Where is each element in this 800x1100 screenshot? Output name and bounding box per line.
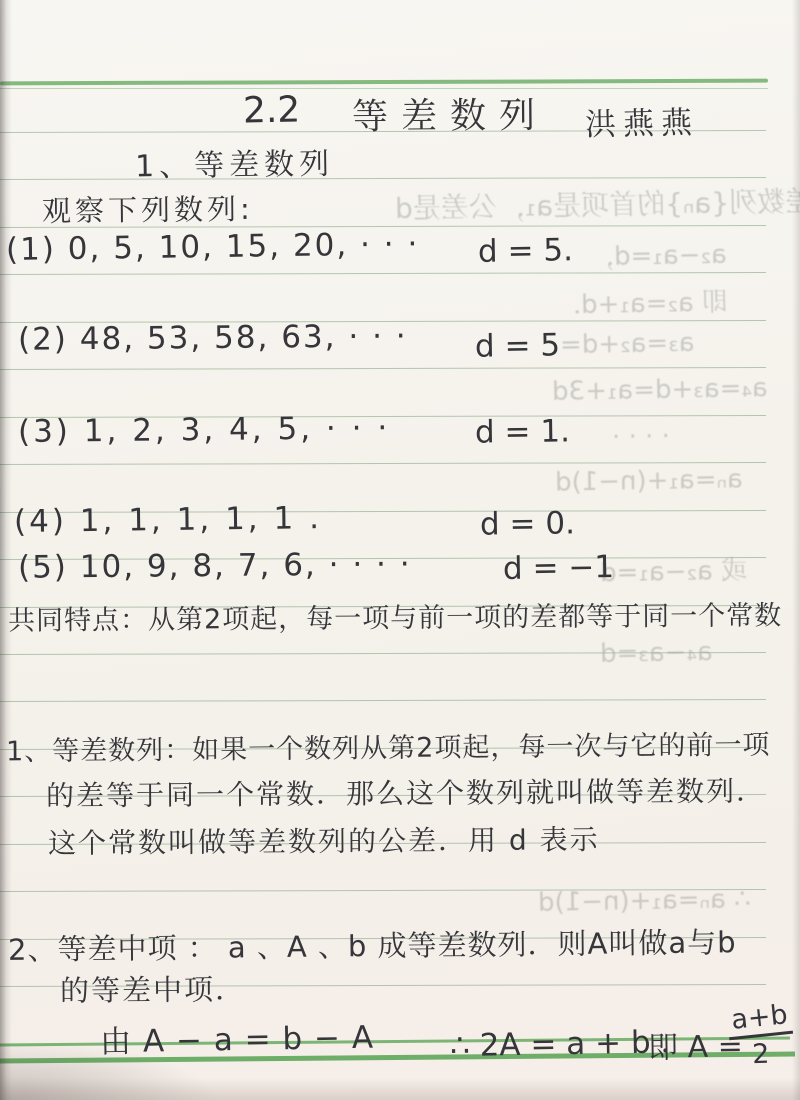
sequence-row-4: (4) 1, 1, 1, 1, 1 . [14,500,322,540]
sequence-d-value-3: d = 1. [475,413,570,450]
sequence-label: (4) [14,503,67,540]
title-number: 2.2 [243,90,301,132]
ghost-text: a₄=a₃+d=a₁+3d [552,373,768,407]
sequence-label: (2) [18,321,68,357]
section-2-line-1: 2、等差中项 ： a 、A 、b 成等差数列．则A叫做a与b [8,920,737,969]
mean-fraction: a+b 2 [727,1001,794,1071]
sequence-d-value-2: d = 5 [475,327,561,364]
sequence-terms: 10, 9, 8, 7, 6, · · · · [80,546,412,585]
fraction-denominator: 2 [728,1036,793,1071]
observe-label: 观察下列数列: [42,187,254,230]
ghost-text: aₙ=a₁+(n−1)d [555,464,743,497]
sequence-d-value-1: d = 5. [478,232,574,270]
ghost-text: a₄−a₃=d [600,637,713,669]
sequence-row-3: (3) 1, 2, 3, 4, 5, · · · [18,410,391,450]
ghost-text: ∴ aₙ=a₁+(n−1)d [538,884,751,918]
definition-line-1: 1、等差数列：如果一个数列从第2项起，每一次与它的前一项 [6,723,771,769]
photo-bottom-edge-shadow [0,1078,800,1100]
sequence-terms: 0, 5, 10, 15, 20, · · · [68,226,420,267]
sequence-label: (3) [18,413,71,450]
page-title: 等差数列 [352,87,548,140]
ruled-line [0,462,766,465]
definition-line-2: 的差等于同一个常数．那么这个数列就叫做等差数列． [46,769,766,814]
notebook-page-photo: 等差数列{aₙ}的首项是a₁，公差是d a₂−a₁=d， 即 a₂=a₁+d． … [0,0,800,1100]
sequence-terms: 48, 53, 58, 63, · · · [80,318,408,357]
sequence-row-2: (2) 48, 53, 58, 63, · · · [18,318,408,357]
section-2-line-2: 的等差中项． [60,967,246,1010]
sequence-label: (1) [6,231,56,268]
ruled-line [0,177,766,180]
common-feature-line: 共同特点：从第2项起，每一项与前一项的差都等于同一个常数 [8,593,782,637]
sequence-terms: 1, 2, 3, 4, 5, · · · [84,410,391,449]
sequence-d-value-4: d = 0. [480,505,575,542]
ruled-line [0,272,766,275]
definition-line-3: 这个常数叫做等差数列的公差．用 d 表示 [48,818,600,862]
photo-right-edge-shadow [792,0,800,1100]
ruled-line [0,699,766,702]
author-name: 洪燕燕 [585,97,700,144]
ghost-text: 即 a₂=a₁+d． [555,281,729,321]
ghost-text: a₃=a₂+d= [560,328,695,360]
section-1-heading: 1、等差数列 [135,139,335,186]
ghost-text: a₂−a₁=d， [588,234,727,273]
photo-left-edge-shadow [0,0,12,1100]
sequence-terms: 1, 1, 1, 1, 1 . [80,500,323,539]
ghost-text: · · · · [612,421,670,452]
ghost-text: 或 a₂−a₁=d [600,550,748,590]
ruled-line [0,367,766,370]
sequence-row-1: (1) 0, 5, 10, 15, 20, · · · [6,226,420,268]
sequence-label: (5) [18,549,68,585]
ghost-text: 等差数列{aₙ}的首项是a₁，公差是d [395,179,800,227]
sequence-d-value-5: d = −1 [503,549,615,587]
sequence-row-5: (5) 10, 9, 8, 7, 6, · · · · [18,546,412,585]
fraction-numerator: a+b [726,999,794,1041]
